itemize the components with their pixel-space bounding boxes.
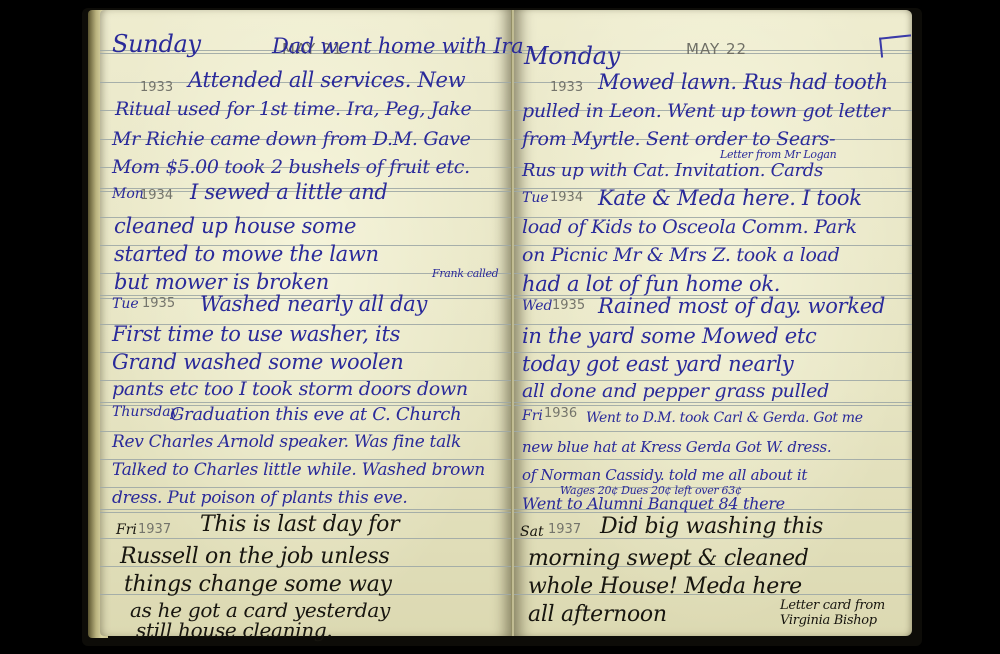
- entry-line: Graduation this eve at C. Church: [170, 404, 461, 425]
- entry-line: Mowed lawn. Rus had tooth: [598, 70, 888, 94]
- pen-mark: [879, 34, 913, 57]
- entry-line: all done and pepper grass pulled: [522, 380, 829, 402]
- entry-line: dress. Put poison of plants this eve.: [112, 488, 407, 508]
- entry-line: had a lot of fun home ok.: [522, 272, 780, 296]
- entry-line: today got east yard nearly: [522, 352, 793, 376]
- year-label: 1935: [142, 296, 175, 311]
- entry-line: I sewed a little and: [190, 180, 388, 204]
- date-heading: MAY 22: [686, 40, 747, 58]
- day-label: Sunday: [112, 30, 201, 58]
- year-label: 1937: [548, 522, 581, 537]
- entry-line: Went to Alumni Banquet 84 there: [522, 494, 785, 513]
- entry-line: load of Kids to Osceola Comm. Park: [522, 216, 857, 238]
- day-label: Monday: [524, 42, 620, 70]
- entry-line: pants etc too I took storm doors down: [112, 378, 468, 400]
- entry-line: started to mowe the lawn: [114, 242, 379, 266]
- weekday-note: Fri: [522, 408, 543, 424]
- entry-line: of Norman Cassidy. told me all about it: [522, 466, 807, 484]
- year-label: 1937: [138, 522, 171, 537]
- entry-line: Mr Richie came down from D.M. Gave: [112, 128, 471, 150]
- year-label: 1934: [140, 188, 173, 203]
- weekday-note: Tue: [522, 190, 549, 206]
- entry-line: Talked to Charles little while. Washed b…: [112, 460, 485, 480]
- entry-line: Kate & Meda here. I took: [598, 186, 862, 210]
- entry-line: still house cleaning.: [136, 618, 332, 642]
- weekday-note: Tue: [112, 296, 139, 312]
- entry-line: from Myrtle. Sent order to Sears-: [522, 128, 835, 150]
- entry-line: Rus up with Cat. Invitation. Cards: [522, 160, 823, 181]
- margin-note: Frank called: [432, 268, 502, 279]
- entry-line: Russell on the job unless: [120, 544, 389, 569]
- year-label: 1934: [550, 190, 583, 205]
- entry-line: morning swept & cleaned: [528, 546, 809, 571]
- weekday-note: Wed: [522, 298, 553, 314]
- weekday-note: Sat: [520, 524, 544, 540]
- entry-line: This is last day for: [200, 512, 399, 537]
- entry-line: First time to use washer, its: [112, 322, 400, 346]
- entry-line: in the yard some Mowed etc: [522, 324, 816, 348]
- entry-line: pulled in Leon. Went up town got letter: [522, 100, 890, 122]
- entry-line: Ritual used for 1st time. Ira, Peg, Jake: [115, 98, 471, 120]
- weekday-note: Fri: [116, 522, 137, 538]
- weekday-note: Mon: [112, 186, 144, 202]
- entry-line: cleaned up house some: [114, 214, 356, 238]
- entry-line: Mom $5.00 took 2 bushels of fruit etc.: [112, 156, 470, 178]
- entry-line: Washed nearly all day: [200, 292, 427, 316]
- entry-line: all afternoon: [528, 602, 667, 627]
- year-label: 1933: [140, 80, 173, 95]
- entry-line: Dad went home with Ira: [272, 34, 523, 58]
- entry-line: things change some way: [124, 572, 392, 597]
- margin-note: Letter card from Virginia Bishop: [780, 598, 910, 628]
- entry-line: on Picnic Mr & Mrs Z. took a load: [522, 244, 840, 266]
- entry-line: Went to D.M. took Carl & Gerda. Got me: [586, 410, 863, 426]
- entry-line: new blue hat at Kress Gerda Got W. dress…: [522, 438, 831, 456]
- year-label: 1933: [550, 80, 583, 95]
- entry-line: Rained most of day. worked: [598, 294, 885, 318]
- year-label: 1936: [544, 406, 577, 421]
- entry-line: Attended all services. New: [188, 68, 465, 92]
- entry-line: Grand washed some woolen: [112, 350, 404, 374]
- entry-line: Did big washing this: [600, 514, 823, 539]
- year-label: 1935: [552, 298, 585, 313]
- entry-line: Rev Charles Arnold speaker. Was fine tal…: [112, 432, 461, 452]
- entry-line: but mower is broken: [114, 270, 329, 294]
- entry-line: whole House! Meda here: [528, 574, 802, 599]
- weekday-note: Thursday: [112, 404, 178, 420]
